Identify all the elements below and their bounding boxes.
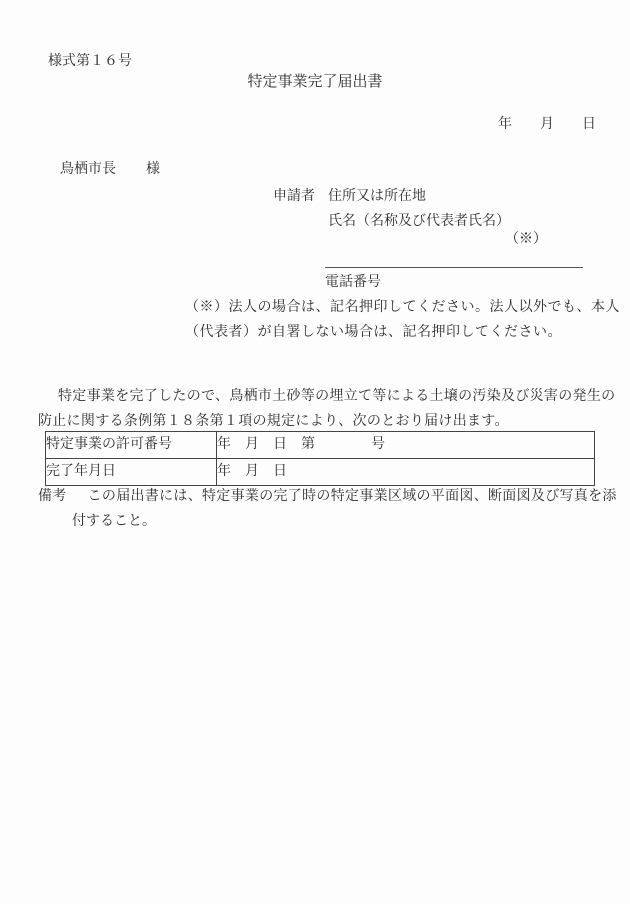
applicant-label: 申請者	[273, 188, 315, 206]
permit-number-label: 特定事業の許可番号	[46, 432, 217, 459]
remarks-label: 備考	[38, 488, 67, 506]
table-row: 完了年月日 年 月 日	[46, 459, 595, 486]
date-year-label: 年	[498, 116, 512, 134]
date-day-label: 日	[582, 116, 596, 134]
table-row: 特定事業の許可番号 年 月 日 第 号	[46, 432, 595, 459]
body-paragraph-line2: 防止に関する条例第１８条第１項の規定により、次のとおり届け出ます。	[38, 413, 509, 431]
form-number: 様式第１６号	[48, 53, 132, 71]
date-line: 年 月 日	[498, 116, 596, 134]
document-page: 様式第１６号 特定事業完了届出書 年 月 日 鳥栖市長 様 申請者 住所又は所在…	[0, 0, 630, 904]
seal-mark: （※）	[505, 231, 547, 249]
remarks-line1: 備考 この届出書には、特定事業の完了時の特定事業区域の平面図、断面図及び写真を添	[38, 488, 617, 506]
addressee-honorific: 様	[146, 161, 160, 179]
permit-number-value: 年 月 日 第 号	[217, 432, 595, 459]
remarks-text: この届出書には、特定事業の完了時の特定事業区域の平面図、断面図及び写真を添	[88, 488, 617, 506]
form-table: 特定事業の許可番号 年 月 日 第 号 完了年月日 年 月 日	[45, 431, 595, 486]
remarks-line2: 付すること。	[72, 513, 156, 531]
body-paragraph-line1: 特定事業を完了したので、鳥栖市土砂等の埋立て等による土壌の汚染及び災害の発生の	[38, 388, 615, 406]
signature-underline	[325, 267, 583, 268]
addressee: 鳥栖市長 様	[60, 161, 160, 179]
seal-note-line2: （代表者）が自署しない場合は、記名押印してください。	[185, 324, 562, 342]
completion-date-label: 完了年月日	[46, 459, 217, 486]
date-month-label: 月	[540, 116, 554, 134]
addressee-name: 鳥栖市長	[60, 161, 116, 179]
applicant-address-label: 住所又は所在地	[328, 188, 426, 206]
phone-label: 電話番号	[325, 274, 381, 292]
applicant-name-label: 氏名（名称及び代表者氏名）	[328, 213, 510, 231]
doc-title: 特定事業完了届出書	[0, 73, 630, 93]
completion-date-value: 年 月 日	[217, 459, 595, 486]
seal-note-line1: （※）法人の場合は、記名押印してください。法人以外でも、本人	[185, 299, 620, 317]
